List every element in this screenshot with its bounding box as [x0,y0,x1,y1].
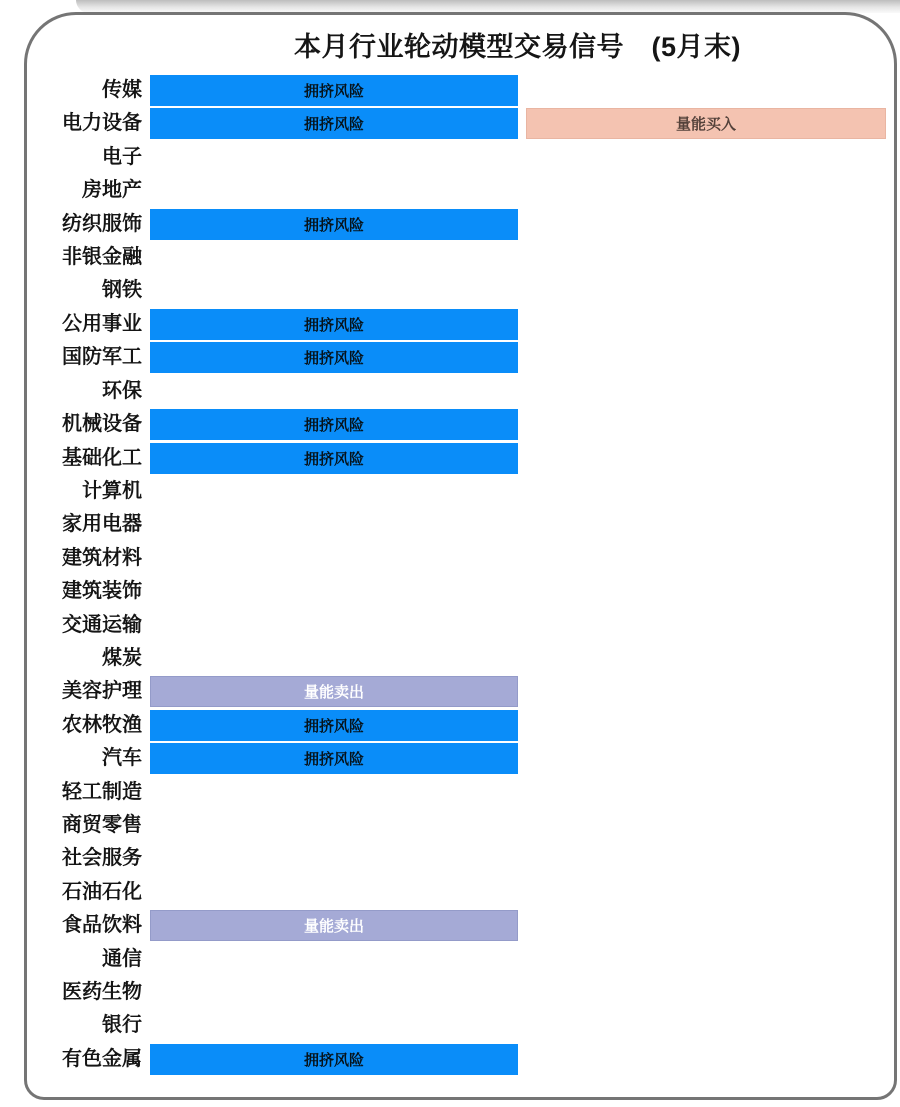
industry-row: 计算机 [0,476,900,507]
signal-bar-crowd-risk: 拥挤风险 [150,409,518,440]
industry-label: 传媒 [0,75,142,106]
industry-label: 电子 [0,142,142,173]
industry-label: 社会服务 [0,843,142,874]
industry-row: 环保 [0,376,900,407]
industry-label: 轻工制造 [0,777,142,808]
industry-row: 家用电器 [0,509,900,540]
industry-label: 基础化工 [0,443,142,474]
signal-bar-crowd-risk: 拥挤风险 [150,743,518,774]
signal-bar-volume-sell: 量能卖出 [150,676,518,707]
industry-row: 建筑装饰 [0,576,900,607]
signal-bar-crowd-risk: 拥挤风险 [150,75,518,106]
industry-row: 基础化工拥挤风险 [0,443,900,474]
industry-row: 社会服务 [0,843,900,874]
industry-row: 轻工制造 [0,777,900,808]
industry-label: 食品饮料 [0,910,142,941]
industry-label: 电力设备 [0,108,142,139]
industry-label: 美容护理 [0,676,142,707]
industry-label: 汽车 [0,743,142,774]
signal-bar-crowd-risk: 拥挤风险 [150,209,518,240]
industry-label: 商贸零售 [0,810,142,841]
industry-label: 交通运输 [0,610,142,641]
industry-row: 通信 [0,944,900,975]
industry-label: 建筑装饰 [0,576,142,607]
industry-label: 钢铁 [0,275,142,306]
chart-title: 本月行业轮动模型交易信号 (5月末) [150,25,885,64]
signal-bar-crowd-risk: 拥挤风险 [150,443,518,474]
industry-label: 银行 [0,1010,142,1041]
industry-label: 环保 [0,376,142,407]
industry-label: 农林牧渔 [0,710,142,741]
industry-row: 食品饮料量能卖出 [0,910,900,941]
industry-row: 非银金融 [0,242,900,273]
industry-row: 建筑材料 [0,543,900,574]
industry-row: 医药生物 [0,977,900,1008]
signal-bar-crowd-risk: 拥挤风险 [150,1044,518,1075]
industry-row: 银行 [0,1010,900,1041]
industry-label: 医药生物 [0,977,142,1008]
industry-row: 石油石化 [0,877,900,908]
industry-row: 公用事业拥挤风险 [0,309,900,340]
industry-label: 有色金属 [0,1044,142,1075]
signal-bar-volume-sell: 量能卖出 [150,910,518,941]
industry-label: 家用电器 [0,509,142,540]
signal-bar-crowd-risk: 拥挤风险 [150,108,518,139]
industry-label: 计算机 [0,476,142,507]
industry-label: 纺织服饰 [0,209,142,240]
industry-label: 房地产 [0,175,142,206]
industry-label: 国防军工 [0,342,142,373]
industry-row: 汽车拥挤风险 [0,743,900,774]
signal-bar-crowd-risk: 拥挤风险 [150,710,518,741]
signal-bar-volume-buy: 量能买入 [526,108,886,139]
industry-row: 传媒拥挤风险 [0,75,900,106]
industry-label: 煤炭 [0,643,142,674]
industry-row: 电子 [0,142,900,173]
screenshot-stage: 本月行业轮动模型交易信号 (5月末) 传媒拥挤风险电力设备拥挤风险量能买入电子房… [0,0,900,1107]
signal-bar-crowd-risk: 拥挤风险 [150,342,518,373]
industry-row: 电力设备拥挤风险量能买入 [0,108,900,139]
industry-row: 农林牧渔拥挤风险 [0,710,900,741]
industry-row: 纺织服饰拥挤风险 [0,209,900,240]
industry-label: 非银金融 [0,242,142,273]
industry-row: 交通运输 [0,610,900,641]
industry-label: 机械设备 [0,409,142,440]
industry-row: 商贸零售 [0,810,900,841]
industry-row: 钢铁 [0,275,900,306]
industry-label: 石油石化 [0,877,142,908]
industry-row: 煤炭 [0,643,900,674]
industry-row: 房地产 [0,175,900,206]
industry-label: 公用事业 [0,309,142,340]
chart-rows: 传媒拥挤风险电力设备拥挤风险量能买入电子房地产纺织服饰拥挤风险非银金融钢铁公用事… [0,75,900,1085]
industry-row: 机械设备拥挤风险 [0,409,900,440]
industry-label: 建筑材料 [0,543,142,574]
industry-row: 有色金属拥挤风险 [0,1044,900,1075]
industry-row: 美容护理量能卖出 [0,676,900,707]
industry-row: 国防军工拥挤风险 [0,342,900,373]
signal-bar-crowd-risk: 拥挤风险 [150,309,518,340]
industry-label: 通信 [0,944,142,975]
